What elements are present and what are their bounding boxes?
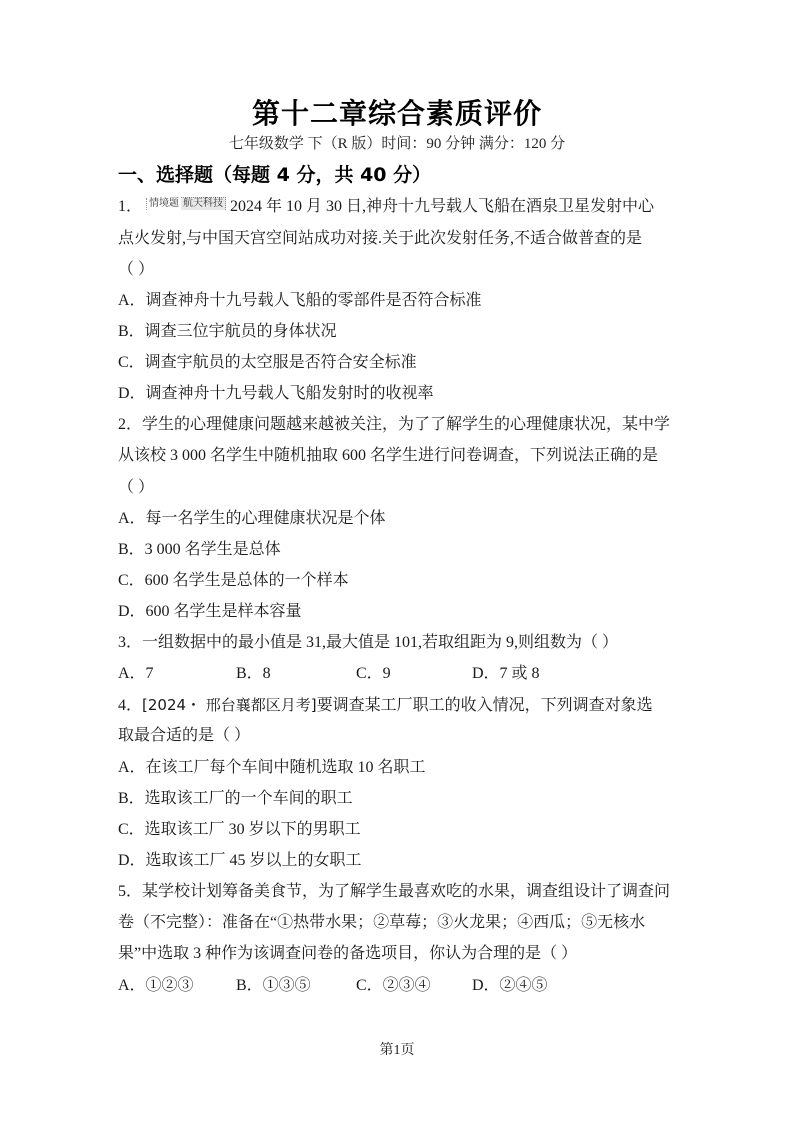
- question-3-option-c: C．9: [356, 663, 391, 685]
- exam-page: 第十二章综合素质评价 七年级数学 下（R 版）时间：90 分钟 满分：120 分…: [0, 0, 794, 1123]
- question-4-option-b: B．选取该工厂的一个车间的职工: [118, 788, 353, 810]
- question-5-line-3: 果”中选取 3 种作为该调查问卷的备选项目，你认为合理的是（ ）: [118, 943, 577, 965]
- question-text: 一组数据中的最小值是 31,最大值是 101,若取组距为 9,则组数为（ ）: [142, 634, 618, 651]
- question-5-option-d: D．②④⑤: [472, 975, 548, 997]
- question-4-line-1: 4．[2024・ 邢台襄都区月考]要调查某工厂职工的收入情况，下列调查对象选: [118, 694, 653, 717]
- question-1-option-d: D．调查神舟十九号载人飞船发射时的收视率: [118, 383, 434, 405]
- situation-tag: 情境题: [146, 198, 181, 210]
- question-5-option-b: B．①③⑤: [236, 975, 311, 997]
- section-heading-multiple-choice: 一、选择题（每题 4 分，共 40 分）: [118, 162, 431, 188]
- question-2-answer-blank: （ ）: [118, 477, 154, 499]
- question-2-line-2: 从该校 3 000 名学生中随机抽取 600 名学生进行问卷调查，下列说法正确的…: [118, 445, 658, 467]
- question-1-line-2: 点火发射,与中国天宫空间站成功对接.关于此次发射任务,不适合做普查的是: [118, 228, 642, 250]
- question-3-option-b: B．8: [236, 663, 271, 685]
- question-text: 2024 年 10 月 30 日,神舟十九号载人飞船在酒泉卫星发射中心: [230, 198, 654, 215]
- question-3-option-d: D．7 或 8: [472, 663, 540, 685]
- question-4-line-2: 取最合适的是（ ）: [118, 725, 250, 747]
- question-4-option-a: A．在该工厂每个车间中随机选取 10 名职工: [118, 757, 426, 779]
- question-4-option-d: D．选取该工厂 45 岁以上的女职工: [118, 850, 362, 872]
- question-number: 4．: [118, 697, 142, 714]
- question-5-option-c: C．②③④: [356, 975, 431, 997]
- question-5-option-a: A．①②③: [118, 975, 194, 997]
- exam-info: 七年级数学 下（R 版）时间：90 分钟 满分：120 分: [0, 134, 794, 154]
- topic-tag: 航天科技: [181, 197, 226, 210]
- question-number: 3．: [118, 634, 142, 651]
- question-source: [2024・ 邢台襄都区月考]: [142, 696, 317, 714]
- question-3-option-a: A．7: [118, 663, 154, 685]
- question-number: 1．: [118, 198, 142, 215]
- question-text: 要调查某工厂职工的收入情况，下列调查对象选: [317, 697, 653, 714]
- question-2-option-a: A．每一名学生的心理健康状况是个体: [118, 508, 386, 530]
- question-1-option-c: C．调查宇航员的太空服是否符合安全标准: [118, 352, 417, 374]
- question-1-option-a: A．调查神舟十九号载人飞船的零部件是否符合标准: [118, 290, 482, 312]
- question-2-option-b: B．3 000 名学生是总体: [118, 539, 281, 561]
- question-number: 5．: [118, 883, 142, 900]
- page-title: 第十二章综合素质评价: [0, 96, 794, 132]
- question-5-line-1: 5．某学校计划筹备美食节，为了解学生最喜欢吃的水果，调查组设计了调查问: [118, 881, 670, 903]
- page-number: 第1页: [0, 1042, 794, 1060]
- question-text: 学生的心理健康问题越来越被关注，为了了解学生的心理健康状况，某中学: [142, 416, 670, 433]
- question-number: 2．: [118, 416, 142, 433]
- question-1-line-1: 1． 情境题航天科技 2024 年 10 月 30 日,神舟十九号载人飞船在酒泉…: [118, 196, 654, 218]
- question-1-option-b: B．调查三位宇航员的身体状况: [118, 321, 337, 343]
- question-2-option-c: C．600 名学生是总体的一个样本: [118, 570, 349, 592]
- question-2-line-1: 2．学生的心理健康问题越来越被关注，为了了解学生的心理健康状况，某中学: [118, 414, 670, 436]
- question-4-option-c: C．选取该工厂 30 岁以下的男职工: [118, 819, 361, 841]
- question-text: 某学校计划筹备美食节，为了解学生最喜欢吃的水果，调查组设计了调查问: [142, 883, 670, 900]
- question-2-option-d: D．600 名学生是样本容量: [118, 601, 302, 623]
- question-5-line-2: 卷（不完整）：准备在“①热带水果；②草莓；③火龙果；④西瓜；⑤无核水: [118, 912, 645, 934]
- question-3-line-1: 3．一组数据中的最小值是 31,最大值是 101,若取组距为 9,则组数为（ ）: [118, 632, 618, 654]
- question-1-answer-blank: （ ）: [118, 259, 154, 281]
